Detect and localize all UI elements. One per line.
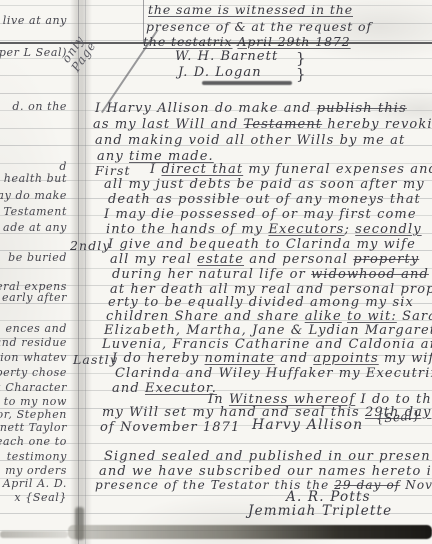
- struck-text: widowhood and: [311, 267, 429, 282]
- underlined-text: nominate: [205, 351, 276, 366]
- text-run: into the hands of my: [106, 222, 268, 237]
- gutter-line-left: [78, 0, 79, 544]
- body-line: Signed sealed and published in our prese…: [104, 449, 431, 464]
- body-line-lead: 2ndly: [70, 238, 111, 253]
- witness-signature-2: Jemmiah Triplette: [248, 503, 392, 519]
- body-line: of November 1871: [100, 420, 240, 435]
- margin-fragment: April A. D.: [3, 477, 67, 490]
- underlined-text: the testatrix: [143, 34, 233, 49]
- margin-fragment: (per L Seal): [0, 46, 67, 59]
- text-run: Sarah: [397, 309, 432, 324]
- margin-fragment: ay do make: [0, 189, 67, 202]
- underlined-text: direct that: [161, 162, 243, 177]
- witness-name: J. D. Logan: [178, 65, 262, 80]
- text-run: all my just debts be paid as soon after …: [104, 177, 425, 192]
- text-run: hereby revoking: [322, 117, 432, 132]
- text-run: all my real: [110, 252, 197, 267]
- body-line: I direct that my funeral expenses and: [150, 162, 432, 177]
- text-run: ;: [344, 222, 355, 237]
- margin-fragment: each one to: [0, 435, 67, 448]
- body-line: all my real estate and personal property: [110, 252, 419, 267]
- margin-fragment: health but: [4, 172, 67, 185]
- margin-fragment: live at any: [3, 14, 67, 27]
- body-line: I give and bequeath to Clarinda my wife: [108, 237, 416, 252]
- struck-text: Testament: [244, 117, 323, 132]
- underlined-text: Executor.: [145, 381, 217, 396]
- text-run: any: [97, 149, 129, 164]
- underlined-text: secondly: [355, 222, 421, 237]
- margin-fragment: d. on the: [12, 100, 67, 113]
- underlined-text: alike: [305, 309, 342, 324]
- gutter-line-right: [85, 0, 86, 544]
- bottom-left-smudge: [0, 531, 68, 538]
- text-run: children Share and share: [106, 309, 305, 324]
- struck-text: publish this: [317, 101, 407, 116]
- body-line: children Share and share alike to wit: S…: [106, 309, 432, 324]
- text-run: Luvenia, Francis Catharine and Caldonia …: [102, 337, 432, 352]
- text-run: my wife: [379, 351, 432, 366]
- text-run: of November 1871: [100, 420, 240, 435]
- body-line: and Executor.: [112, 381, 217, 396]
- attestation-line: the testatrix April 29th 1872: [143, 34, 351, 49]
- underlined-text: April 29th 1872: [237, 34, 350, 49]
- attestation-line: the same is witnessed in the: [148, 2, 353, 17]
- text-run: my funeral expenses and: [243, 162, 432, 177]
- body-line: and we have subscribed our names hereto …: [99, 464, 432, 479]
- margin-fragment: nett Taylor: [0, 421, 67, 434]
- text-run: I may die possessed of or may first come: [104, 207, 417, 222]
- body-line: death as possible out of any moneys that: [108, 192, 421, 207]
- scanned-will-page: live at any(per L Seal)d. on thedhealth …: [0, 0, 432, 544]
- margin-fragment: be buried: [8, 251, 67, 264]
- attestation-line: presence of & at the request of: [146, 19, 372, 34]
- body-line: presence of the Testator this the 29 day…: [95, 478, 432, 492]
- margin-fragment: ences and: [6, 322, 68, 335]
- binding-gutter: [70, 0, 92, 544]
- text-run: presence of & at the request of: [146, 19, 372, 34]
- underlined-text: the same is witnessed in the: [148, 2, 353, 17]
- body-line: during her natural life or widowhood and: [112, 267, 429, 282]
- text-run: and personal: [244, 252, 353, 267]
- text-run: November 18: [400, 478, 432, 492]
- body-line-lead: First: [95, 163, 131, 178]
- body-line: Clarinda and Wiley Huffaker my Executrix: [115, 366, 432, 381]
- margin-fragment: testimony: [7, 450, 67, 463]
- body-line: I Harvy Allison do make and publish this: [95, 101, 407, 116]
- text-run: and: [112, 381, 145, 396]
- underlined-text: appoints: [313, 351, 378, 366]
- body-line: all my just debts be paid as soon after …: [104, 177, 425, 192]
- margin-fragment: and residue: [0, 336, 67, 349]
- text-run: and: [275, 351, 313, 366]
- text-run: Elizabeth, Martha, Jane & Lydian Margare…: [104, 323, 432, 338]
- text-run: Clarinda and Wiley Huffaker my Executrix: [115, 366, 432, 381]
- text-run: during her natural life or: [112, 267, 311, 282]
- bottom-shadow-band: [68, 525, 432, 539]
- ink-smudge-line: [202, 81, 292, 85]
- text-run: as my last Will and: [93, 117, 244, 132]
- margin-fragment: early after: [2, 291, 67, 304]
- margin-fragment: my orders: [5, 464, 67, 477]
- body-line: I may die possessed of or may first come: [104, 207, 417, 222]
- text-run: I give and bequeath to Clarinda my wife: [108, 237, 416, 252]
- body-line: Elizabeth, Martha, Jane & Lydian Margare…: [104, 323, 432, 338]
- seal-mark: {Seal}: [375, 408, 421, 426]
- body-line: erty to be equally divided among my six: [108, 295, 414, 310]
- body-line: I do hereby nominate and appoints my wif…: [112, 351, 432, 366]
- underlined-text: to wit:: [347, 309, 397, 324]
- margin-fragment: ption whatev: [0, 351, 67, 364]
- underlined-text: Executors: [268, 222, 344, 237]
- witness-brace: }: [296, 65, 307, 83]
- body-line: into the hands of my Executors; secondly: [106, 222, 422, 237]
- underlined-text: estate: [197, 252, 244, 267]
- margin-fragment: ade at any: [3, 221, 67, 234]
- text-run: and making void all other Wills by me at: [95, 133, 405, 148]
- margin-column: live at any(per L Seal)d. on thedhealth …: [0, 0, 70, 544]
- text-run: I: [150, 162, 161, 177]
- margin-fragment: Testament: [4, 205, 67, 218]
- text-run: and we have subscribed our names hereto …: [99, 464, 432, 479]
- margin-fragment: to my now: [4, 395, 67, 408]
- struck-text: property: [353, 252, 419, 267]
- body-line: and making void all other Wills by me at: [95, 133, 405, 148]
- text-run: I Harvy Allison do make and: [95, 101, 317, 116]
- body-line: Luvenia, Francis Catharine and Caldonia …: [102, 337, 432, 352]
- witness-name: W. H. Barnett: [175, 49, 278, 64]
- margin-fragment: x {Seal}: [14, 491, 67, 504]
- text-run: Signed sealed and published in our prese…: [104, 449, 431, 464]
- margin-fragment: perty chose: [0, 366, 67, 379]
- text-run: erty to be equally divided among my six: [108, 295, 414, 310]
- text-run: I do hereby: [112, 351, 205, 366]
- text-run: death as possible out of any moneys that: [108, 192, 421, 207]
- testator-signature: Harvy Allison: [252, 417, 363, 433]
- margin-fragment: ylor, Stephen: [0, 408, 67, 421]
- margin-fragment: x Character: [0, 381, 67, 394]
- body-line: as my last Will and Testament hereby rev…: [93, 117, 432, 132]
